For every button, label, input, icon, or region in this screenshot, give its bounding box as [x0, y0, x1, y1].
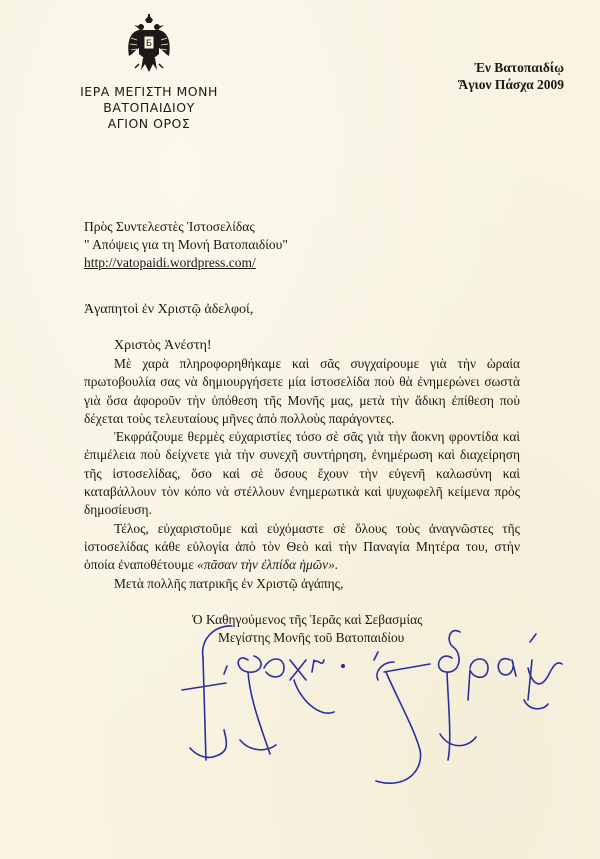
recipient-block: Πρὸς Συντελεστὲς Ἱστοσελίδας " Απόψεις γ…: [84, 218, 288, 272]
signoff-line-2: Μεγίστης Μονῆς τοῦ Βατοπαιδίου: [192, 629, 422, 647]
double-headed-eagle-crest-icon: Б: [125, 14, 173, 78]
letterhead-line-monastery: ΙΕΡΑ ΜΕΓΙΣΤΗ ΜΟΝΗ: [54, 84, 244, 100]
letterhead-line-name: ΒΑΤΟΠΑΙΔΙΟΥ: [54, 100, 244, 116]
recipient-line-2: " Απόψεις για τη Μονή Βατοπαιδίου": [84, 236, 288, 254]
place: Ἐν Βατοπαιδίῳ: [458, 59, 564, 76]
svg-text:Б: Б: [146, 39, 152, 49]
paragraph-3: Τέλος, εὐχαριστοῦμε καὶ εὐχόμαστε σὲ ὅλο…: [84, 520, 520, 575]
salutation: Ἀγαπητοὶ ἐν Χριστῷ ἀδελφοί,: [84, 302, 253, 318]
date: Ἅγιον Πάσχα 2009: [458, 76, 564, 93]
closing-line: Μετὰ πολλῆς πατρικῆς ἐν Χριστῷ ἀγάπης,: [84, 575, 520, 593]
letterhead-line-location: ΑΓΙΟΝ ΟΡΟΣ: [54, 116, 244, 132]
signoff-block: Ὁ Καθηγούμενος τῆς Ἱερᾶς καὶ Σεβασμίας Μ…: [192, 611, 422, 647]
signoff-line-1: Ὁ Καθηγούμενος τῆς Ἱερᾶς καὶ Σεβασμίας: [192, 611, 422, 629]
place-date: Ἐν Βατοπαιδίῳ Ἅγιον Πάσχα 2009: [458, 59, 564, 93]
paragraph-3-quote: «πᾶσαν τὴν ἐλπίδα ἡμῶν».: [197, 557, 338, 572]
paragraph-1: Μὲ χαρὰ πληροφορηθήκαμε καὶ σᾶς συγχαίρο…: [84, 355, 520, 428]
paragraph-2: Ἐκφράζουμε θερμὲς εὐχαριστίες τόσο σὲ σᾶ…: [84, 428, 520, 519]
recipient-url-link[interactable]: http://vatopaidi.wordpress.com/: [84, 255, 256, 270]
letter-body: Μὲ χαρὰ πληροφορηθήκαμε καὶ σᾶς συγχαίρο…: [84, 355, 520, 593]
easter-greeting: Χριστὸς Ἀνέστη!: [114, 338, 212, 354]
recipient-line-1: Πρὸς Συντελεστὲς Ἱστοσελίδας: [84, 218, 288, 236]
letterhead: Б ΙΕΡΑ ΜΕΓΙΣΤΗ ΜΟΝΗ ΒΑΤΟΠΑΙΔΙΟΥ ΑΓΙΟΝ ΟΡ…: [54, 14, 244, 132]
